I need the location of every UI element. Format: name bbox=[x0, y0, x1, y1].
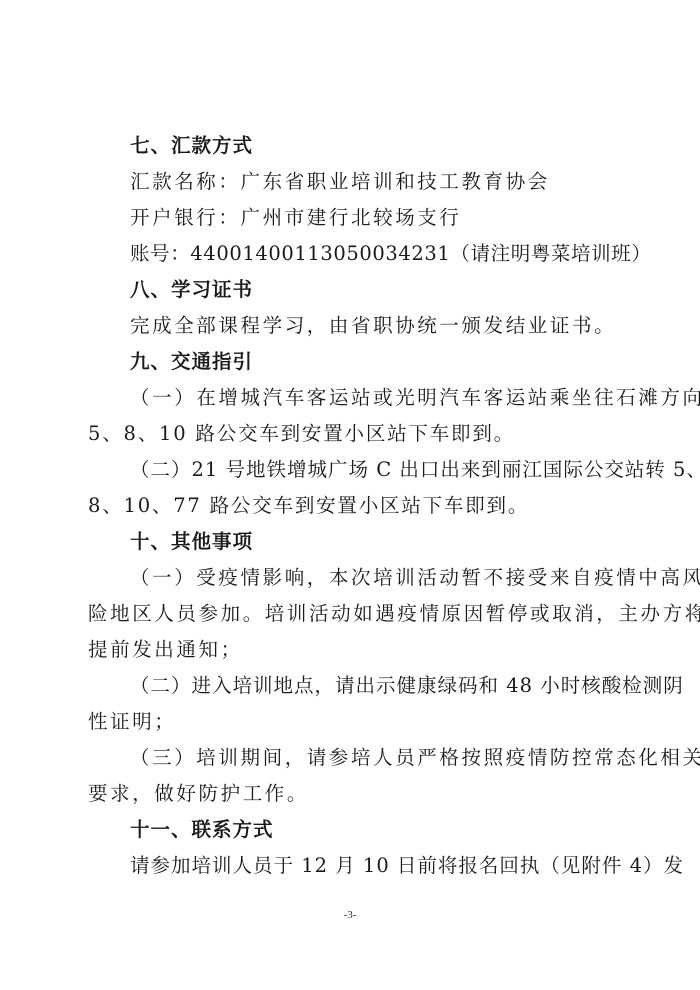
section-heading-other: 十、其他事项 bbox=[130, 530, 612, 554]
transport-line-4: 8、10、77 路公交车到安置小区站下车即到。 bbox=[88, 494, 612, 518]
other-line-2: 险地区人员参加。培训活动如遇疫情原因暂停或取消，主办方将 bbox=[88, 602, 612, 626]
transport-line-2: 5、8、10 路公交车到安置小区站下车即到。 bbox=[88, 422, 612, 446]
transport-line-1: （一）在增城汽车客运站或光明汽车客运站乘坐往石滩方向 bbox=[130, 386, 612, 410]
section-heading-certificate: 八、学习证书 bbox=[130, 278, 612, 302]
payee-name-line: 汇款名称：广东省职业培训和技工教育协会 bbox=[130, 170, 612, 194]
certificate-line: 完成全部课程学习，由省职协统一颁发结业证书。 bbox=[130, 314, 612, 338]
bank-line: 开户银行：广州市建行北较场支行 bbox=[130, 206, 612, 230]
section-heading-transport: 九、交通指引 bbox=[130, 350, 612, 374]
document-page: 七、汇款方式 汇款名称：广东省职业培训和技工教育协会 开户银行：广州市建行北较场… bbox=[0, 0, 700, 990]
transport-line-3: （二）21 号地铁增城广场 C 出口出来到丽江国际公交站转 5、 bbox=[130, 458, 612, 482]
section-heading-payment: 七、汇款方式 bbox=[130, 134, 612, 158]
other-line-3: 提前发出通知； bbox=[88, 638, 612, 662]
other-line-7: 要求，做好防护工作。 bbox=[88, 782, 612, 806]
page-number: -3- bbox=[0, 909, 700, 921]
other-line-6: （三）培训期间，请参培人员严格按照疫情防控常态化相关 bbox=[130, 746, 612, 770]
other-line-4: （二）进入培训地点，请出示健康绿码和 48 小时核酸检测阴 bbox=[130, 674, 612, 698]
contact-line-1: 请参加培训人员于 12 月 10 日前将报名回执（见附件 4）发 bbox=[130, 854, 612, 878]
other-line-5: 性证明； bbox=[88, 710, 612, 734]
account-number-line: 账号：44001400113050034231（请注明粤菜培训班） bbox=[130, 242, 612, 266]
section-heading-contact: 十一、联系方式 bbox=[130, 818, 612, 842]
other-line-1: （一）受疫情影响，本次培训活动暂不接受来自疫情中高风 bbox=[130, 566, 612, 590]
